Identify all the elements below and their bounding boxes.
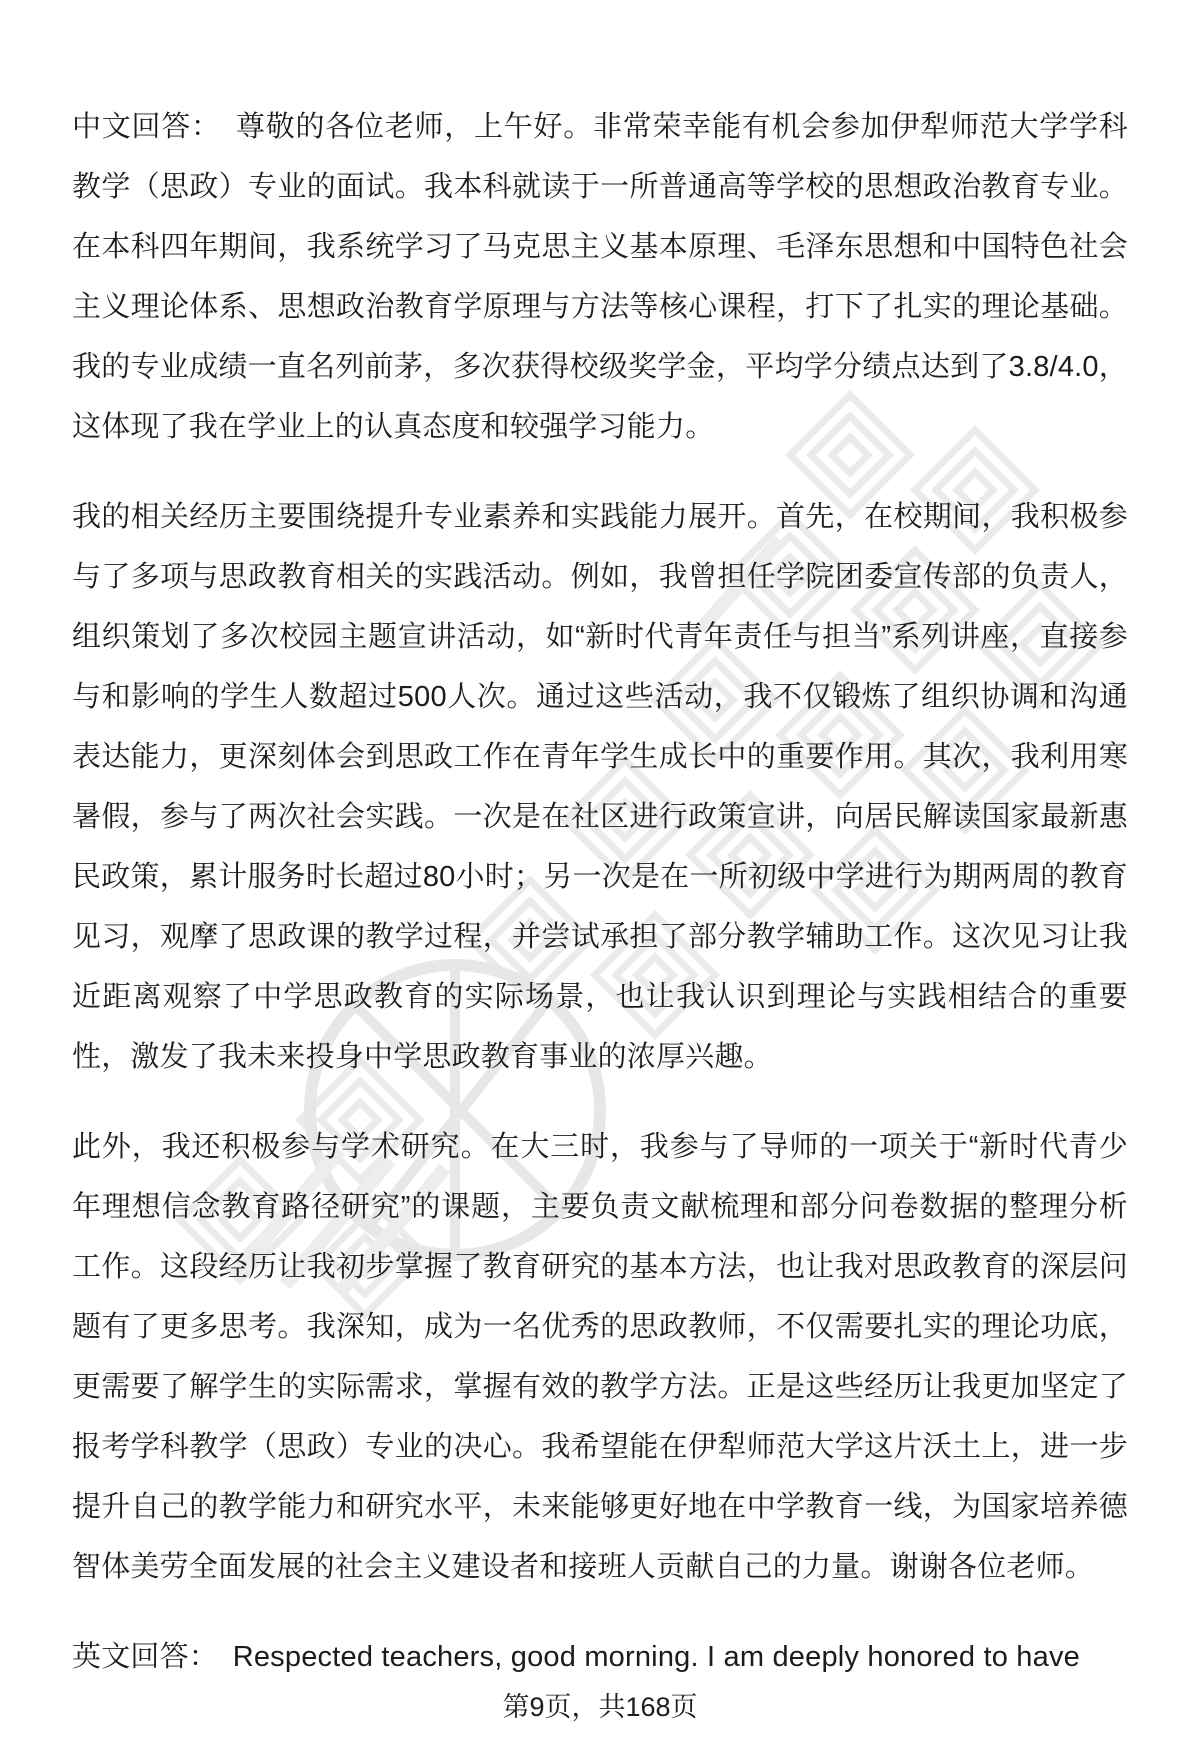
paragraph-academic-research: 此外，我还积极参与学术研究。在大三时，我参与了导师的一项关于“新时代青少年理想信…: [72, 1117, 1128, 1597]
paragraph-english-answer: 英文回答： Respected teachers, good morning. …: [72, 1627, 1128, 1687]
document-page: 中文回答： 尊敬的各位老师，上午好。非常荣幸能有机会参加伊犁师范大学学科教学（思…: [0, 0, 1200, 1755]
paragraph-chinese-answer: 中文回答： 尊敬的各位老师，上午好。非常荣幸能有机会参加伊犁师范大学学科教学（思…: [72, 97, 1128, 457]
paragraph-practice-experience: 我的相关经历主要围绕提升专业素养和实践能力展开。首先，在校期间，我积极参与了多项…: [72, 487, 1128, 1087]
page-indicator: 第9页，共168页: [0, 1687, 1200, 1727]
document-body: 中文回答： 尊敬的各位老师，上午好。非常荣幸能有机会参加伊犁师范大学学科教学（思…: [0, 0, 1200, 1687]
